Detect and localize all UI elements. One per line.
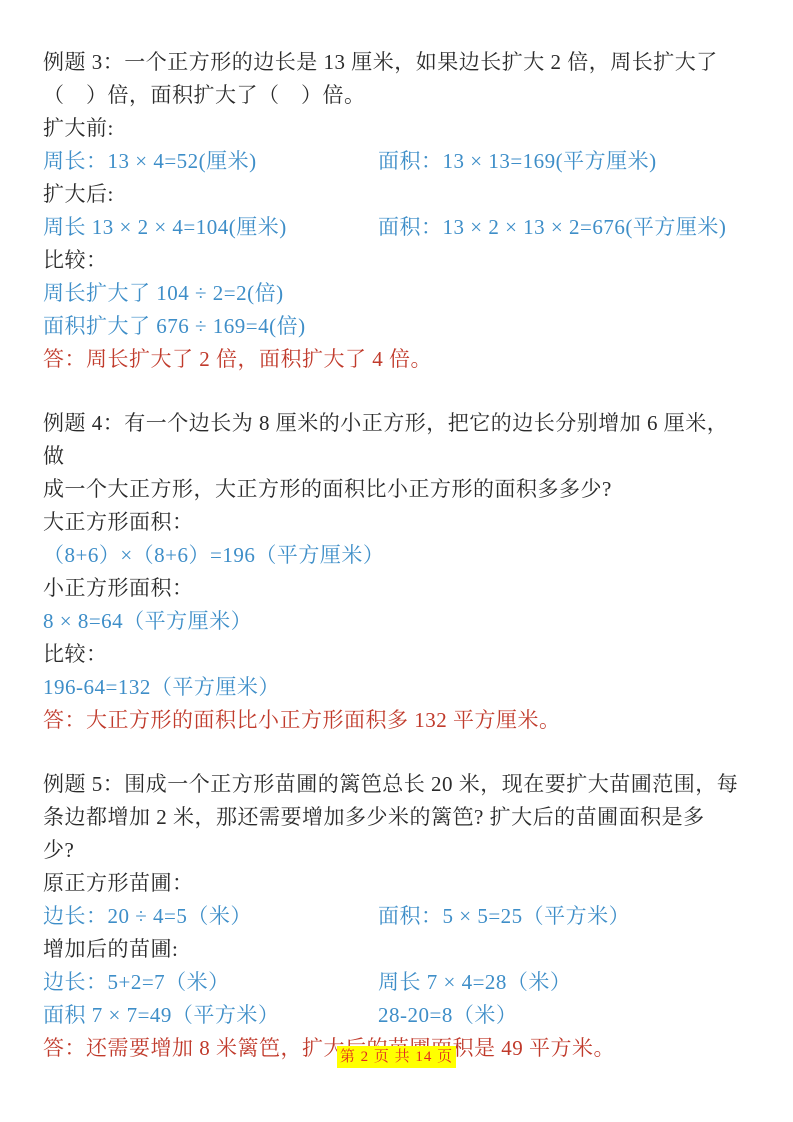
equation-left: 面积 7 × 7=49（平方米）: [43, 999, 378, 1032]
example-3-section: 例题 3：一个正方形的边长是 13 厘米，如果边长扩大 2 倍，周长扩大了（ ）…: [43, 46, 747, 376]
text-line: （8+6）×（8+6）=196（平方厘米）: [43, 539, 747, 572]
document-page: 例题 3：一个正方形的边长是 13 厘米，如果边长扩大 2 倍，周长扩大了（ ）…: [0, 0, 793, 1122]
text-line: 答：大正方形的面积比小正方形面积多 132 平方厘米。: [43, 704, 747, 737]
text-line: 扩大前:: [43, 112, 747, 145]
equation-left: 边长：20 ÷ 4=5（米）: [43, 900, 378, 933]
equation-right: 面积：13 × 2 × 13 × 2=676(平方厘米): [378, 211, 726, 244]
equation-left: 周长 13 × 2 × 4=104(厘米): [43, 211, 378, 244]
text-line: 196-64=132（平方厘米）: [43, 671, 747, 704]
text-line: 增加后的苗圃:: [43, 933, 747, 966]
text-line: 例题 3：一个正方形的边长是 13 厘米，如果边长扩大 2 倍，周长扩大了: [43, 46, 747, 79]
text-line: 扩大后:: [43, 178, 747, 211]
text-line: 例题 5：围成一个正方形苗圃的篱笆总长 20 米，现在要扩大苗圃范围，每: [43, 768, 747, 801]
example-4-section: 例题 4：有一个边长为 8 厘米的小正方形，把它的边长分别增加 6 厘米，做成一…: [43, 407, 747, 737]
equation-row: 面积 7 × 7=49（平方米）28-20=8（米）: [43, 999, 747, 1032]
text-line: （ ）倍，面积扩大了（ ）倍。: [43, 79, 747, 112]
page-number-badge: 第 2 页 共 14 页: [337, 1046, 456, 1068]
text-line: 答：周长扩大了 2 倍，面积扩大了 4 倍。: [43, 343, 747, 376]
text-line: 小正方形面积：: [43, 572, 747, 605]
text-line: 例题 4：有一个边长为 8 厘米的小正方形，把它的边长分别增加 6 厘米，做: [43, 407, 747, 473]
text-line: 周长扩大了 104 ÷ 2=2(倍): [43, 277, 747, 310]
equation-left: 边长：5+2=7（米）: [43, 966, 378, 999]
equation-left: 周长：13 × 4=52(厘米): [43, 145, 378, 178]
text-line: 比较：: [43, 244, 747, 277]
equation-right: 面积：5 × 5=25（平方米）: [378, 900, 630, 933]
page-footer: 第 2 页 共 14 页: [0, 1046, 793, 1068]
text-line: 比较：: [43, 638, 747, 671]
text-line: 原正方形苗圃：: [43, 867, 747, 900]
equation-row: 周长 13 × 2 × 4=104(厘米)面积：13 × 2 × 13 × 2=…: [43, 211, 747, 244]
text-line: 少?: [43, 834, 747, 867]
document-content: 例题 3：一个正方形的边长是 13 厘米，如果边长扩大 2 倍，周长扩大了（ ）…: [43, 46, 747, 1065]
text-line: 成一个大正方形，大正方形的面积比小正方形的面积多多少?: [43, 473, 747, 506]
equation-row: 边长：20 ÷ 4=5（米）面积：5 × 5=25（平方米）: [43, 900, 747, 933]
equation-right: 面积：13 × 13=169(平方厘米): [378, 145, 657, 178]
equation-row: 周长：13 × 4=52(厘米)面积：13 × 13=169(平方厘米): [43, 145, 747, 178]
text-line: 8 × 8=64（平方厘米）: [43, 605, 747, 638]
text-line: 大正方形面积：: [43, 506, 747, 539]
text-line: 条边都增加 2 米，那还需要增加多少米的篱笆? 扩大后的苗圃面积是多: [43, 801, 747, 834]
equation-right: 28-20=8（米）: [378, 999, 517, 1032]
example-5-section: 例题 5：围成一个正方形苗圃的篱笆总长 20 米，现在要扩大苗圃范围，每条边都增…: [43, 768, 747, 1065]
equation-right: 周长 7 × 4=28（米）: [378, 966, 571, 999]
text-line: 面积扩大了 676 ÷ 169=4(倍): [43, 310, 747, 343]
equation-row: 边长：5+2=7（米）周长 7 × 4=28（米）: [43, 966, 747, 999]
